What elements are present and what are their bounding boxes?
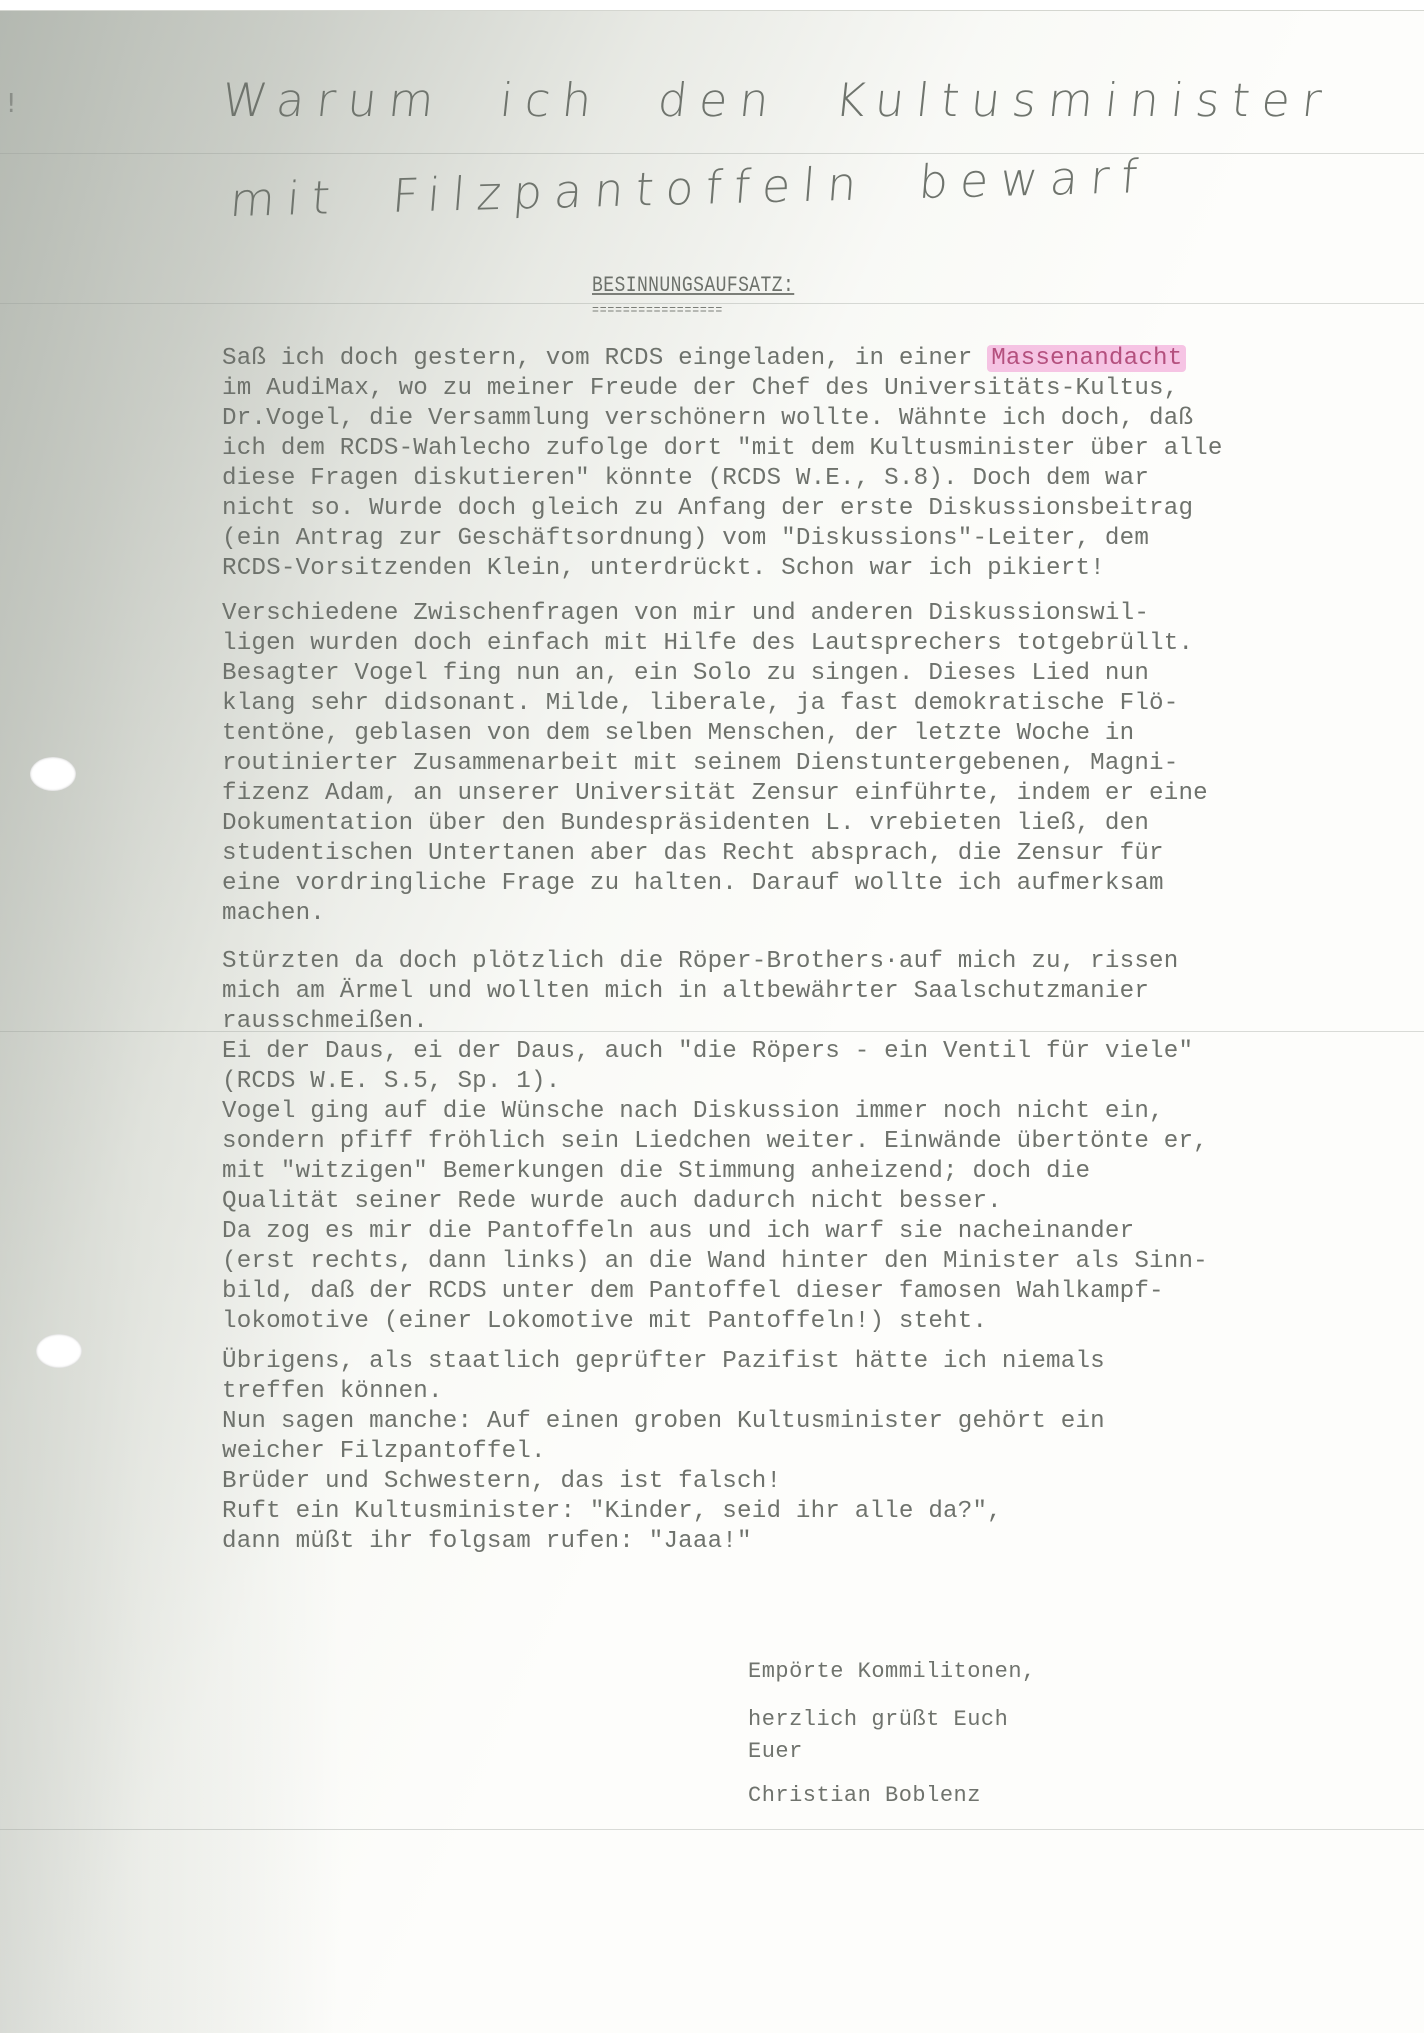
scanned-page: ! Warum ich den Kultusminister mit Filzp… [0,10,1424,2033]
text-line: Dokumentation über den Bundespräsidenten… [222,809,1372,839]
text-line: Verschiedene Zwischenfragen von mir und … [222,599,1372,629]
text-line: studentischen Untertanen aber das Recht … [222,839,1372,869]
text-line: Dr.Vogel, die Versammlung verschönern wo… [222,404,1372,434]
text-line: Vogel ging auf die Wünsche nach Diskussi… [222,1097,1372,1127]
text-line: Nun sagen manche: Auf einen groben Kultu… [222,1407,1372,1437]
text-line: bild, daß der RCDS unter dem Pantoffel d… [222,1277,1372,1307]
closing-greeting: herzlich grüßt Euch [748,1707,1008,1732]
heading-double-underline: ================= [592,303,723,319]
text-line: (RCDS W.E. S.5, Sp. 1). [222,1067,1372,1097]
text-line: (ein Antrag zur Geschäftsordnung) vom "D… [222,524,1372,554]
text-line: Da zog es mir die Pantoffeln aus und ich… [222,1217,1372,1247]
text-line: ligen wurden doch einfach mit Hilfe des … [222,629,1372,659]
text-line: Ruft ein Kultusminister: "Kinder, seid i… [222,1497,1372,1527]
page-mark: ! [6,89,16,119]
text-line: sondern pfiff fröhlich sein Liedchen wei… [222,1127,1372,1157]
fold-line [0,1829,1424,1830]
text-line: nicht so. Wurde doch gleich zu Anfang de… [222,494,1372,524]
text-line: rausschmeißen. [222,1007,1372,1037]
text-line: Ei der Daus, ei der Daus, auch "die Röpe… [222,1037,1372,1067]
text-line: diese Fragen diskutieren" könnte (RCDS W… [222,464,1372,494]
text-line: im AudiMax, wo zu meiner Freude der Chef… [222,374,1372,404]
text-line: ich dem RCDS-Wahlecho zufolge dort "mit … [222,434,1372,464]
closing-euer: Euer [748,1739,803,1764]
text-line: treffen können. [222,1377,1372,1407]
punch-hole [36,1334,82,1368]
text-line: klang sehr didsonant. Milde, liberale, j… [222,689,1372,719]
fold-line [0,153,1424,154]
highlighted-word: Massenandacht [987,345,1186,372]
paragraph-4: Übrigens, als staatlich geprüfter Pazifi… [222,1347,1372,1557]
text-line: machen. [222,899,1372,929]
text-line: RCDS-Vorsitzenden Klein, unterdrückt. Sc… [222,554,1372,584]
paragraph-1: Saß ich doch gestern, vom RCDS eingelade… [222,344,1372,584]
text-line: Besagter Vogel fing nun an, ein Solo zu … [222,659,1372,689]
text-line: Saß ich doch gestern, vom RCDS eingelade… [222,344,1372,374]
handwritten-title-line1: Warum ich den Kultusminister [219,73,1336,127]
text-line: weicher Filzpantoffel. [222,1437,1372,1467]
punch-hole [30,757,76,791]
text-line: eine vordringliche Frage zu halten. Dara… [222,869,1372,899]
text-segment: Saß ich doch gestern, vom RCDS eingelade… [222,345,987,372]
paragraph-2: Verschiedene Zwischenfragen von mir und … [222,599,1372,929]
text-line: dann müßt ihr folgsam rufen: "Jaaa!" [222,1527,1372,1557]
paragraph-3: Stürzten da doch plötzlich die Röper-Bro… [222,947,1372,1337]
text-line: tentöne, geblasen von dem selben Mensche… [222,719,1372,749]
document-heading: BESINNUNGSAUFSATZ: [592,273,794,298]
author-name: Christian Boblenz [748,1783,981,1808]
text-line: lokomotive (einer Lokomotive mit Pantoff… [222,1307,1372,1337]
text-line: fizenz Adam, an unserer Universität Zens… [222,779,1372,809]
text-line: Brüder und Schwestern, das ist falsch! [222,1467,1372,1497]
closing-salutation: Empörte Kommilitonen, [748,1659,1036,1684]
text-line: mich am Ärmel und wollten mich in altbew… [222,977,1372,1007]
text-line: Stürzten da doch plötzlich die Röper-Bro… [222,947,1372,977]
handwritten-title-line2: mit Filzpantoffeln bewarf [228,149,1151,227]
text-line: (erst rechts, dann links) an die Wand hi… [222,1247,1372,1277]
text-line: Qualität seiner Rede wurde auch dadurch … [222,1187,1372,1217]
text-line: Übrigens, als staatlich geprüfter Pazifi… [222,1347,1372,1377]
text-line: routinierter Zusammenarbeit mit seinem D… [222,749,1372,779]
text-line: mit "witzigen" Bemerkungen die Stimmung … [222,1157,1372,1187]
